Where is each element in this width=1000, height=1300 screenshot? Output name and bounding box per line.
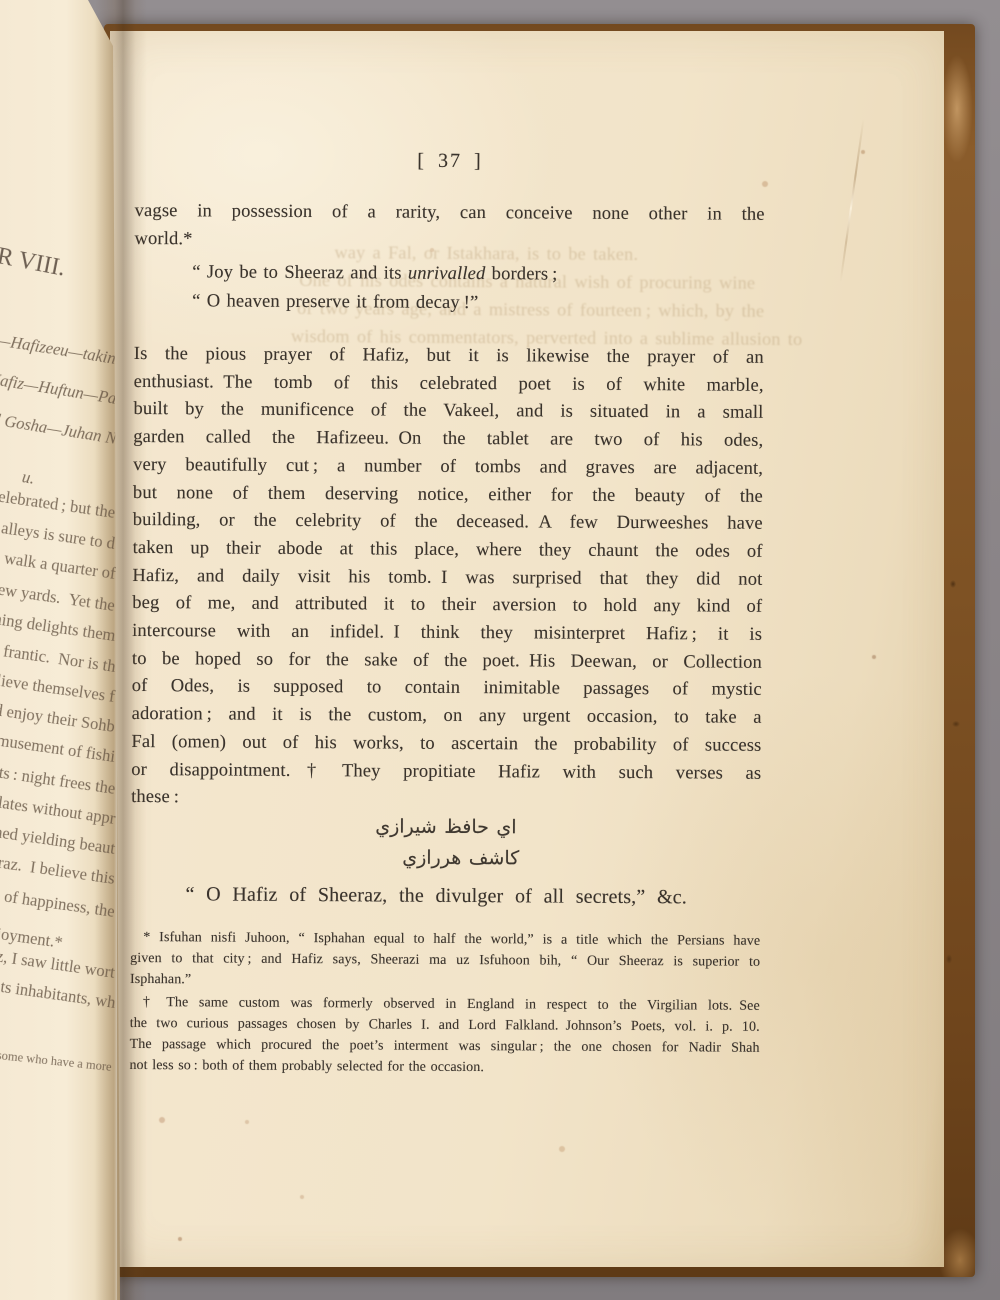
text-line: or disappointment.† They propitiate Hafi…	[131, 757, 761, 789]
footnote-dagger: † The same custom was formerly observed …	[129, 992, 760, 1080]
verse-text: borders ;	[485, 264, 557, 284]
verse-line: “ O heaven preserve it from decay !”	[192, 287, 752, 319]
text-fragment: poets : night frees the	[0, 759, 116, 798]
page-37-text: way a Fal, or Istakhara, is to be taken.…	[0, 0, 1000, 1300]
text-line: enthusiast. The tomb of this celebrated …	[134, 369, 764, 401]
text-line: intercourse with an infidel. I think the…	[132, 618, 762, 650]
verse-text: “ Joy be to Sheeraz and its	[192, 262, 408, 283]
chapter-heading-fragment: R VIII.	[0, 243, 68, 283]
page-number: [ 37 ]	[135, 148, 765, 175]
chapter-contents-fragment: ohbut—Hafizeeu—takin	[0, 324, 118, 369]
text-line: built by the munificence of the Vakeel, …	[133, 396, 763, 428]
text-line: of Odes, is supposed to contain inimitab…	[132, 673, 762, 705]
footnote-line: not less so : both of them probably sele…	[129, 1055, 759, 1080]
chapter-contents-fragment: u.	[20, 467, 35, 489]
footnote-line: given to that city ; and Hafiz says, She…	[130, 948, 760, 973]
text-line: building, or the celebrity of the deceas…	[133, 507, 763, 539]
paragraph-continuation: vagse in possession of a rarity, can con…	[134, 197, 764, 257]
chapter-contents-fragment: Hafiz—Huftun—Pa	[0, 369, 118, 409]
main-paragraph: Is the pious prayer of Hafiz, but it is …	[131, 341, 764, 816]
footnote-fragment: found some who have a more	[0, 1045, 113, 1075]
text-line: but none of them deserving notice, eithe…	[133, 479, 763, 511]
text-line: to be hoped so for the sake of the poet.…	[132, 646, 762, 678]
text-line: Hafiz, and daily visit his tomb. I was s…	[132, 563, 762, 595]
text-line: beg of me, and attributed it to their av…	[132, 590, 762, 622]
text-line: these :	[131, 784, 761, 816]
text-fragment: esire of happiness, the	[0, 882, 116, 922]
persian-verse-line: كاشف هررازي	[131, 843, 761, 873]
text-line: Is the pious prayer of Hafiz, but it is …	[134, 341, 764, 373]
text-line: vagse in possession of a rarity, can con…	[135, 197, 765, 229]
text-line: very beautifully cut ; a number of tombs…	[133, 452, 763, 484]
verse-couplet: “ Joy be to Sheeraz and its unrivalled b…	[192, 258, 752, 318]
persian-verse-line: اي حافظ شيرازي	[131, 812, 761, 842]
text-line: taken up their abode at this place, wher…	[133, 535, 763, 567]
verse-italic-word: unrivalled	[408, 264, 486, 284]
open-book-scan: way a Fal, or Istakhara, is to be taken.…	[0, 0, 1000, 1300]
chapter-contents-fragment: e—Dil Gosha—Juhan N	[0, 404, 118, 449]
text-fragment: uch celebrated ; but the	[0, 482, 116, 523]
translated-quote: “ O Hafiz of Sheeraz, the divulger of al…	[185, 883, 785, 910]
previous-page-edge: R VIII. ohbut—Hafizeeu—takin Hafiz—Huftu…	[0, 0, 120, 1300]
text-line: adoration ; and it is the custom, on any…	[132, 701, 762, 733]
footnote-line: Isphahan.”	[130, 969, 760, 994]
text-line: Fal (omen) out of his works, to ascertai…	[131, 729, 761, 761]
text-line: world.*	[134, 225, 764, 257]
verse-line: “ Joy be to Sheeraz and its unrivalled b…	[192, 258, 752, 290]
text-line: garden called the Hafizeeu. On the table…	[133, 424, 763, 456]
footnote-asterisk: * Isfuhan nisfi Juhoon, “ Isphahan equal…	[130, 927, 760, 994]
